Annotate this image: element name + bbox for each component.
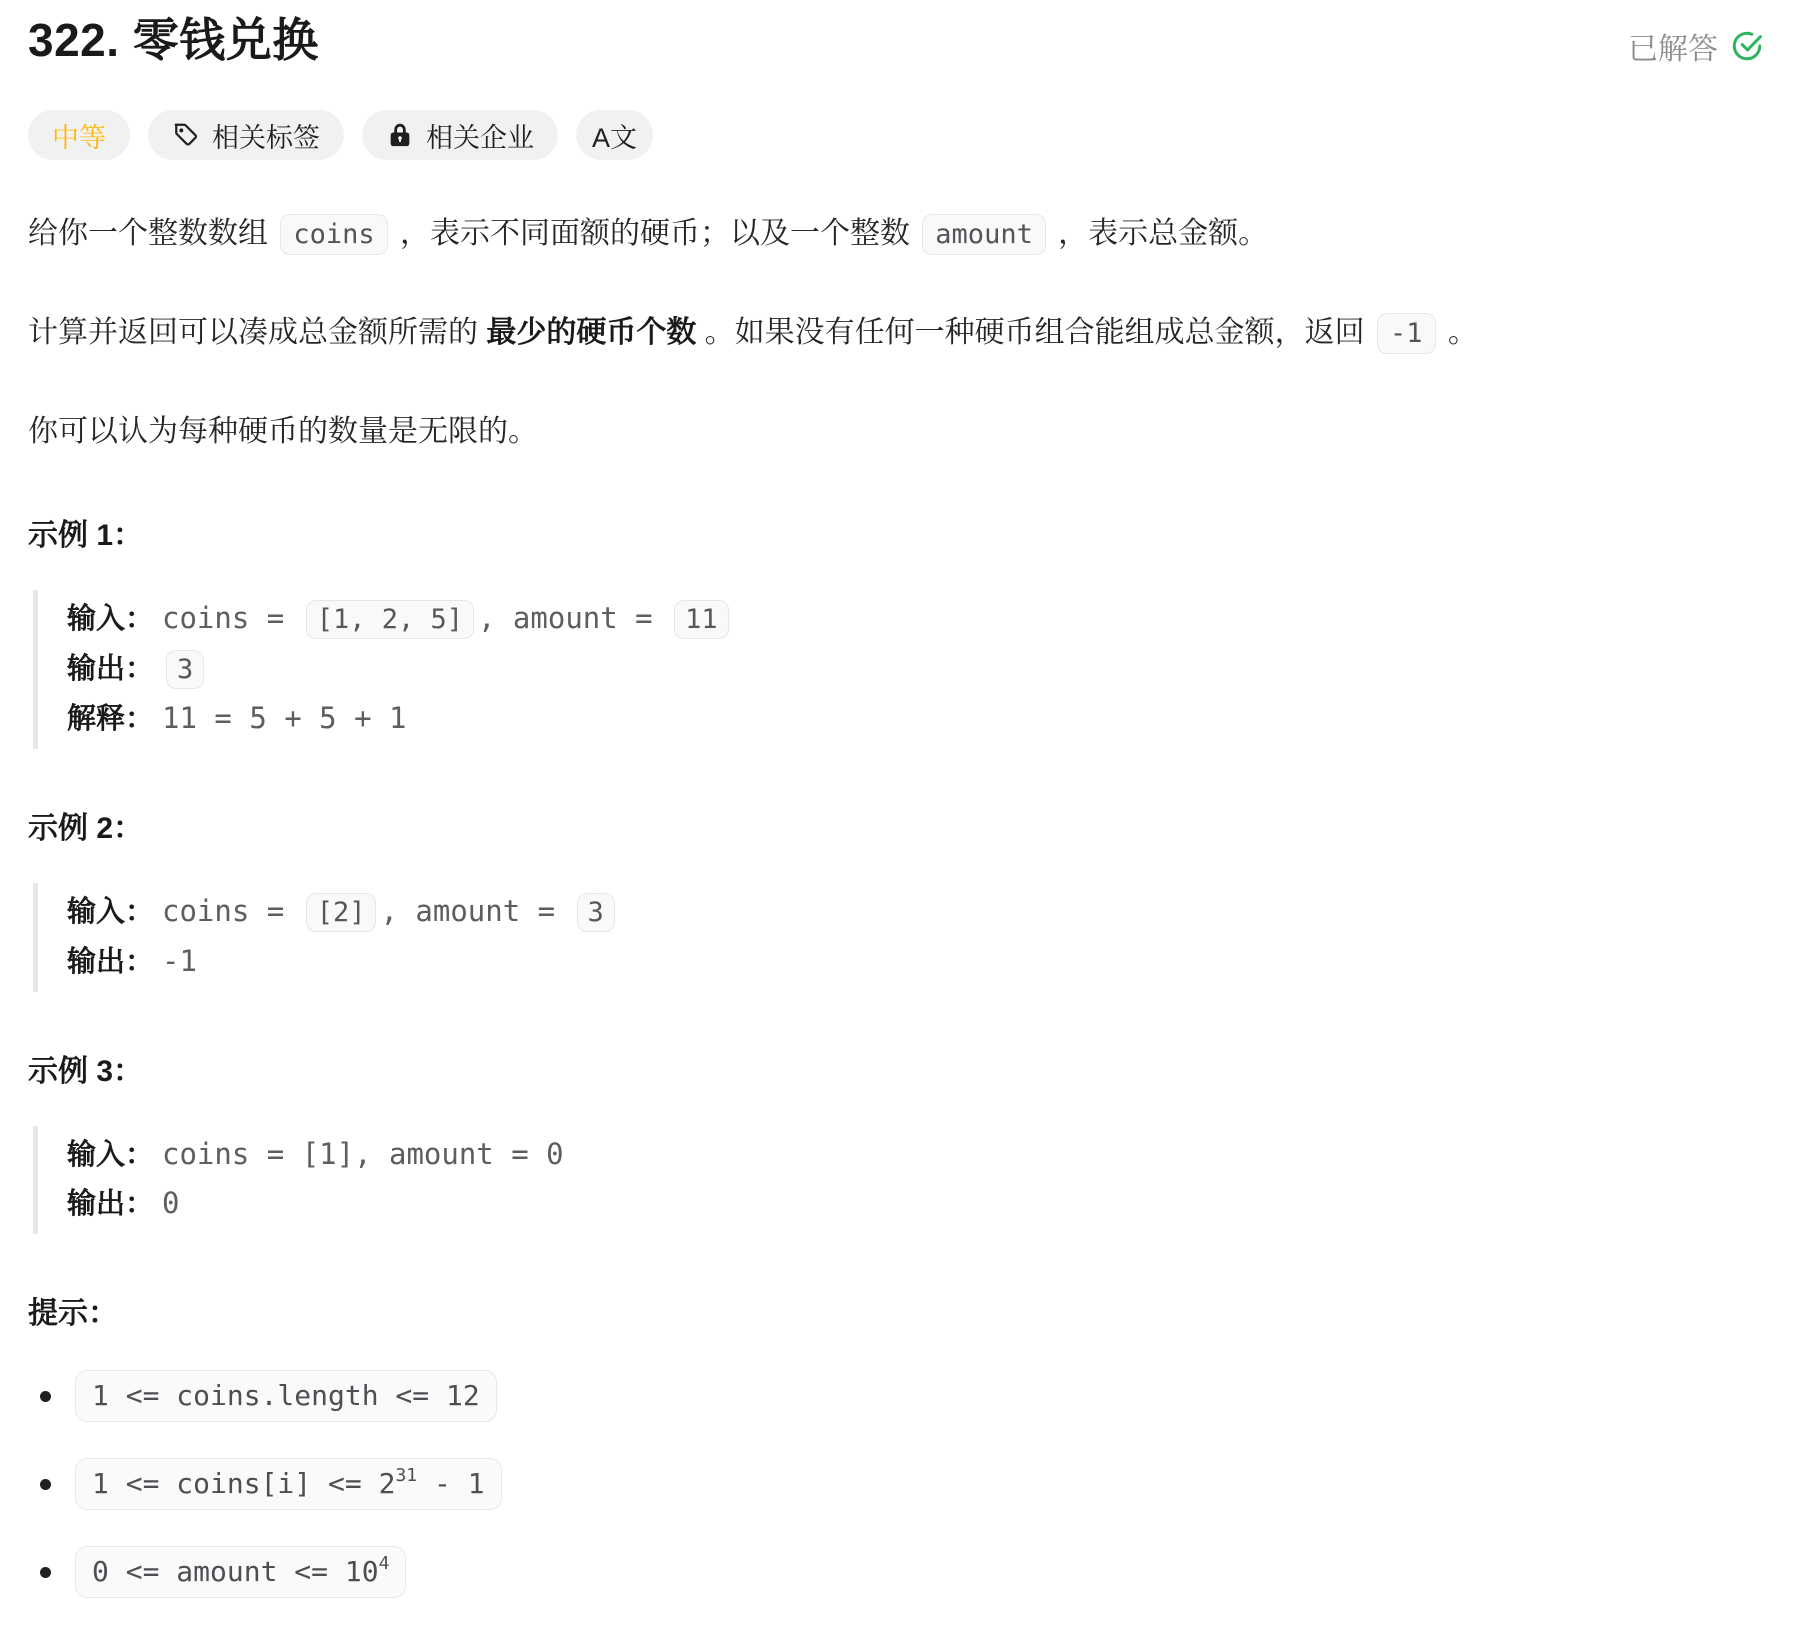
example-1-input-text-2: , amount =	[478, 601, 670, 635]
page-title: 322. 零钱兑换	[28, 12, 319, 68]
example-1-amount-value-chip: 11	[674, 600, 729, 639]
example-2-input-text-2: , amount =	[380, 894, 572, 928]
lock-icon	[386, 121, 414, 149]
tags-toolbar: 中等 相关标签 相关企业 A文	[28, 110, 1764, 160]
constraint-2-chip: 1 <= coins[i] <= 231 - 1	[75, 1458, 502, 1510]
amount-code-chip: amount	[922, 214, 1046, 255]
constraint-item: 1 <= coins.length <= 12	[28, 1370, 1764, 1422]
output-label: 输出：	[67, 1188, 154, 1220]
example-3-output-line: 输出：0	[67, 1179, 1764, 1228]
solved-status-badge[interactable]: 已解答	[1628, 24, 1764, 68]
description-paragraph-3: 你可以认为每种硬币的数量是无限的。	[28, 408, 1764, 456]
example-2-coins-value-chip: [2]	[306, 893, 377, 932]
related-tags-label: 相关标签	[212, 116, 320, 155]
example-1-heading: 示例 1：	[28, 516, 1764, 556]
p2-text-2: 。如果没有任何一种硬币组合能组成总金额，返回	[696, 316, 1373, 349]
related-tags-button[interactable]: 相关标签	[148, 110, 344, 160]
problem-page: 322. 零钱兑换 已解答 中等 相关标签	[0, 0, 1796, 1638]
example-3-heading: 示例 3：	[28, 1052, 1764, 1092]
constraint-3-text: 0 <= amount <= 10	[92, 1555, 379, 1588]
coins-code-chip: coins	[280, 214, 387, 255]
translate-icon: A文	[592, 116, 637, 155]
example-1-explain-line: 解释：11 = 5 + 5 + 1	[67, 694, 1764, 743]
constraint-2-superscript: 31	[395, 1465, 417, 1486]
example-2-block: 输入：coins = [2], amount = 3 输出：-1	[33, 883, 1764, 992]
example-2-heading: 示例 2：	[28, 809, 1764, 849]
example-1-coins-value-chip: [1, 2, 5]	[306, 600, 474, 639]
constraint-1-text: 1 <= coins.length <= 12	[92, 1379, 480, 1412]
p2-bold-phrase: 最少的硬币个数	[486, 316, 696, 349]
example-1-block: 输入：coins = [1, 2, 5], amount = 11 输出：3 解…	[33, 590, 1764, 749]
input-label: 输入：	[67, 603, 154, 635]
constraint-item: 0 <= amount <= 104	[28, 1546, 1764, 1598]
input-label: 输入：	[67, 1139, 154, 1171]
problem-header: 322. 零钱兑换 已解答	[28, 12, 1764, 68]
example-2-input-line: 输入：coins = [2], amount = 3	[67, 887, 1764, 937]
example-2-output-line: 输出：-1	[67, 937, 1764, 986]
constraint-3-superscript: 4	[379, 1553, 390, 1574]
example-3-block: 输入：coins = [1], amount = 0 输出：0	[33, 1126, 1764, 1234]
constraints-heading: 提示：	[28, 1294, 1764, 1334]
translate-button[interactable]: A文	[576, 110, 653, 160]
tag-icon	[172, 121, 200, 149]
description-paragraph-2: 计算并返回可以凑成总金额所需的 最少的硬币个数 。如果没有任何一种硬币组合能组成…	[28, 309, 1764, 358]
minus-one-code-chip: -1	[1377, 313, 1436, 354]
example-2-amount-value-chip: 3	[577, 893, 615, 932]
difficulty-badge[interactable]: 中等	[28, 110, 130, 160]
output-label: 输出：	[67, 653, 154, 685]
related-companies-label: 相关企业	[426, 116, 534, 155]
example-3-output-text: 0	[162, 1186, 179, 1220]
example-2-output-text: -1	[162, 944, 197, 978]
constraints-list: 1 <= coins.length <= 12 1 <= coins[i] <=…	[28, 1370, 1764, 1598]
p1-text-2: ，表示不同面额的硬币；以及一个整数	[392, 217, 919, 250]
bullet-icon	[40, 1479, 51, 1490]
example-1-input-line: 输入：coins = [1, 2, 5], amount = 11	[67, 594, 1764, 644]
constraint-1-chip: 1 <= coins.length <= 12	[75, 1370, 497, 1422]
constraint-item: 1 <= coins[i] <= 231 - 1	[28, 1458, 1764, 1510]
problem-description: 给你一个整数数组 coins ，表示不同面额的硬币；以及一个整数 amount …	[28, 210, 1764, 456]
explain-label: 解释：	[67, 703, 154, 735]
example-3-input-line: 输入：coins = [1], amount = 0	[67, 1130, 1764, 1179]
related-companies-button[interactable]: 相关企业	[362, 110, 558, 160]
bullet-icon	[40, 1567, 51, 1578]
p2-text-1: 计算并返回可以凑成总金额所需的	[28, 316, 486, 349]
example-2-input-text-1: coins =	[162, 894, 302, 928]
input-label: 输入：	[67, 896, 154, 928]
example-3-input-text: coins = [1], amount = 0	[162, 1137, 564, 1171]
solved-status-label: 已解答	[1628, 24, 1718, 68]
output-label: 输出：	[67, 946, 154, 978]
bullet-icon	[40, 1391, 51, 1402]
p1-text-1: 给你一个整数数组	[28, 217, 276, 250]
example-1-input-text-1: coins =	[162, 601, 302, 635]
p1-text-3: ，表示总金额。	[1050, 217, 1268, 250]
p2-text-3: 。	[1440, 316, 1478, 349]
constraint-2-text-after: - 1	[417, 1467, 484, 1500]
check-circle-icon	[1730, 29, 1764, 63]
constraint-3-chip: 0 <= amount <= 104	[75, 1546, 406, 1598]
example-1-explain-text: 11 = 5 + 5 + 1	[162, 701, 406, 735]
example-1-output-value-chip: 3	[166, 650, 204, 689]
example-1-output-line: 输出：3	[67, 644, 1764, 694]
description-paragraph-1: 给你一个整数数组 coins ，表示不同面额的硬币；以及一个整数 amount …	[28, 210, 1764, 259]
constraint-2-text: 1 <= coins[i] <= 2	[92, 1467, 395, 1500]
